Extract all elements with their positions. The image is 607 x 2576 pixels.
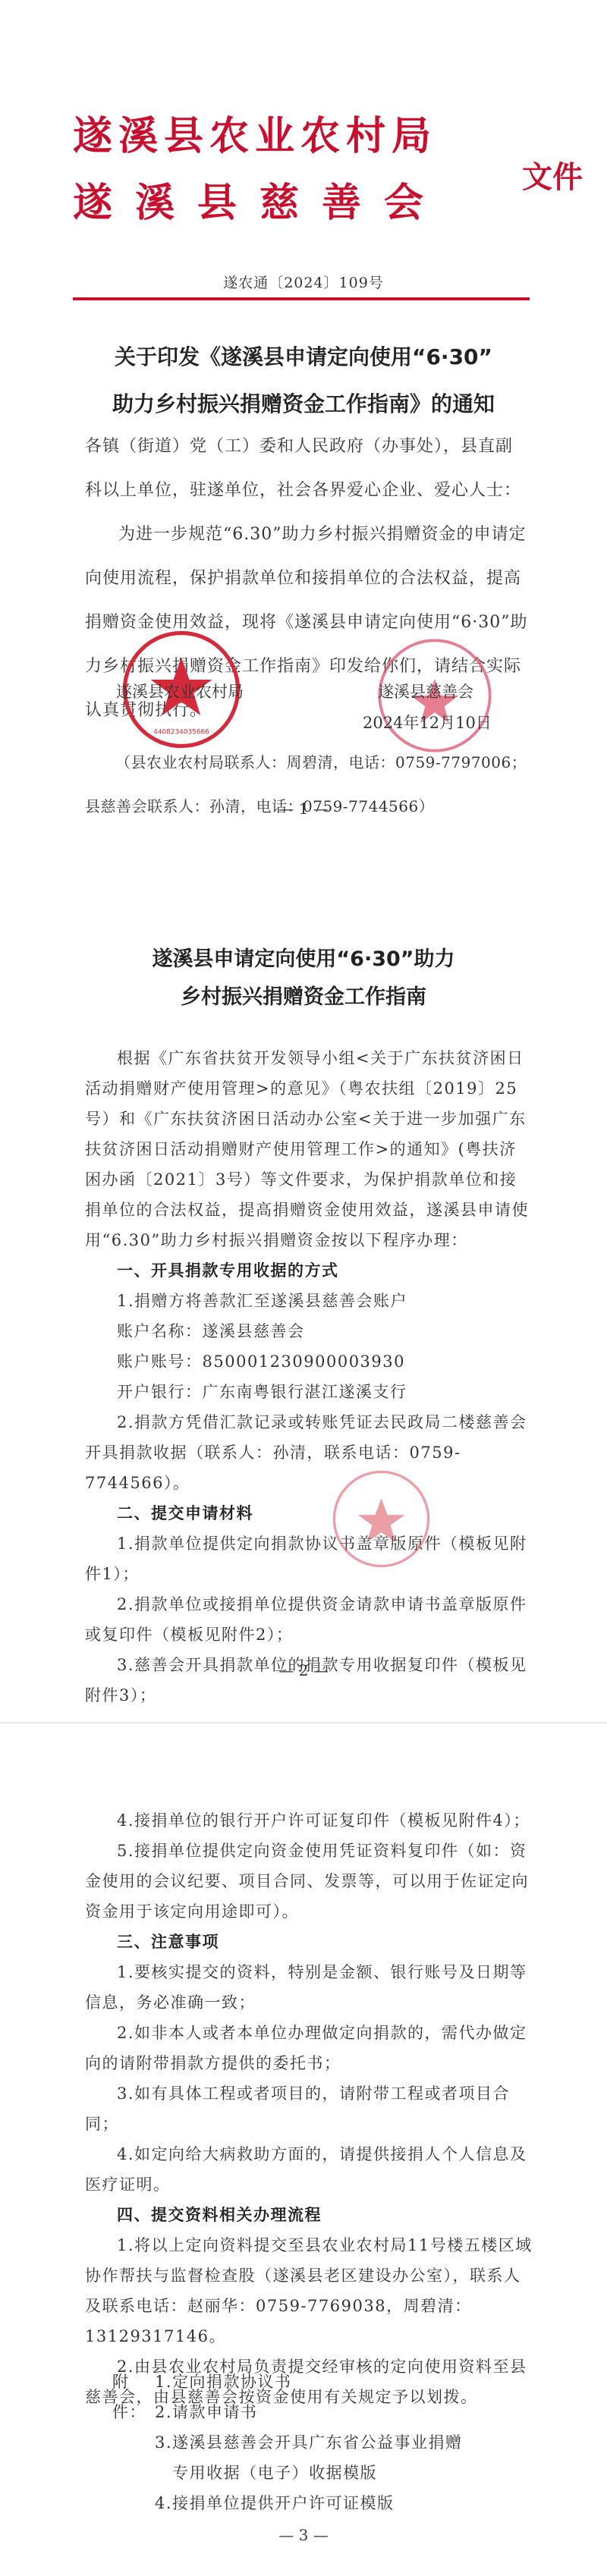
section-heading-2: 二、提交申请材料 [85, 1498, 533, 1528]
list-item: 1.捐款单位提供定向捐款协议书盖章版原件（模板见附件1）； [85, 1528, 533, 1589]
attachment-item: 4.接捐单位提供开户许可证模版 [155, 2488, 473, 2518]
list-item: 1.捐赠方将善款汇至遂溪县慈善会账户 [85, 1286, 533, 1316]
page-number: — 3 — [0, 2526, 607, 2544]
page-number: — 2 — [0, 1661, 607, 1679]
list-item: 4.接捐单位的银行开户许可证复印件（模板见附件4）； [85, 1805, 533, 1836]
title-line: 遂溪县申请定向使用“6·30”助力 [0, 941, 607, 979]
list-item: 1.要核实提交的资料，特别是金额、银行账号及日期等信息，务必准确一致； [85, 1957, 533, 2018]
red-divider [73, 297, 530, 300]
bank-name: 开户银行：广东南粤银行湛江遂溪支行 [85, 1377, 533, 1407]
account-name: 账户名称：遂溪县慈善会 [85, 1316, 533, 1346]
addressee: 各镇（街道）党（工）委和人民政府（办事处），县直副科以上单位，驻遂单位，社会各界… [85, 425, 529, 513]
title-line: 助力乡村振兴捐赠资金工作指南》的通知 [0, 381, 607, 428]
section-heading-3: 三、注意事项 [85, 1927, 533, 1957]
list-item: 5.接捐单位提供定向资金使用凭证资料复印件（如：资金使用的会议纪要、项目合同、发… [85, 1836, 533, 1927]
account-number: 账户账号：85000123090000393​0 [85, 1346, 533, 1377]
attachment-item: 2.请款申请书 [155, 2397, 473, 2427]
list-item: 2.如非本人或者本单位办理做定向捐款的，需代办做定向的请附带捐款方提供的委托书； [85, 2018, 533, 2078]
issue-date: 2024年12月10日 [363, 711, 492, 734]
title-line: 关于印发《遂溪县申请定向使用“6·30” [0, 334, 607, 381]
list-item: 3.如有具体工程或者项目的，请附带工程或者项目合同； [85, 2078, 533, 2139]
list-item: 3.慈善会开具捐款单位的捐款专用收据复印件（模板见附件3）； [85, 1650, 533, 1711]
page-number: — 1 — [0, 800, 607, 818]
letterhead-suffix: 文件 [522, 159, 583, 196]
list-item: 2.捐款单位或接捐单位提供资金请款申请书盖章版原件或复印件（模板见附件2）； [85, 1589, 533, 1650]
guide-body: 根据《广东省扶贫开发领导小组<关于广东扶贫济困日活动捐赠财产使用管理>的意见》（… [85, 1043, 533, 1711]
list-item: 1.将以上定向资料提交至县农业农村局11号楼五楼区域协作帮扶与监督检查股（遂溪县… [85, 2230, 533, 2351]
signature-charity-association: 遂溪县慈善会 [378, 680, 473, 702]
notice-title: 关于印发《遂溪县申请定向使用“6·30” 助力乡村振兴捐赠资金工作指南》的通知 [0, 334, 607, 428]
svg-text:4408234035666: 4408234035666 [153, 728, 209, 736]
attachments: 附件： 1.定向捐款协议书 2.请款申请书 3.遂溪县慈善会开具广东省公益事业捐… [112, 2367, 473, 2518]
section-heading-4: 四、提交资料相关办理流程 [85, 2200, 533, 2230]
faded-seal-icon [330, 1468, 432, 1570]
page-1: 遂溪县农业农村局 遂溪县慈善会 文件 遂农通〔2024〕109号 关于印发《遂溪… [0, 0, 607, 834]
attachment-item: 1.定向捐款协议书 [155, 2367, 473, 2397]
signature-agriculture-bureau: 遂溪县农业农村局 [116, 680, 244, 702]
guide-body-continued: 4.接捐单位的银行开户许可证复印件（模板见附件4）； 5.接捐单位提供定向资金使… [85, 1805, 533, 2412]
intro-paragraph: 根据《广东省扶贫开发领导小组<关于广东扶贫济困日活动捐赠财产使用管理>的意见》（… [85, 1043, 533, 1255]
letterhead-org-1: 遂溪县农业农村局 [73, 114, 437, 159]
letterhead-org-2: 遂溪县慈善会 [73, 181, 446, 226]
section-heading-1: 一、开具捐款专用收据的方式 [85, 1255, 533, 1286]
page-divider [0, 1722, 607, 1723]
red-letterhead: 遂溪县农业农村局 遂溪县慈善会 文件 [73, 114, 543, 243]
attachments-label: 附件： [112, 2367, 155, 2518]
list-item: 4.如定向给大病救助方面的，请提供接捐人个人信息及医疗证明。 [85, 2139, 533, 2200]
attachment-item: 3.遂溪县慈善会开具广东省公益事业捐赠专用收据（电子）收据模版 [155, 2427, 473, 2488]
list-item: 2.捐款方凭借汇款记录或转账凭证去民政局二楼慈善会开具捐款收据（联系人：孙清，联… [85, 1407, 533, 1498]
guide-title: 遂溪县申请定向使用“6·30”助力 乡村振兴捐赠资金工作指南 [0, 941, 607, 1016]
title-line: 乡村振兴捐赠资金工作指南 [0, 979, 607, 1016]
document-number: 遂农通〔2024〕109号 [0, 272, 607, 292]
